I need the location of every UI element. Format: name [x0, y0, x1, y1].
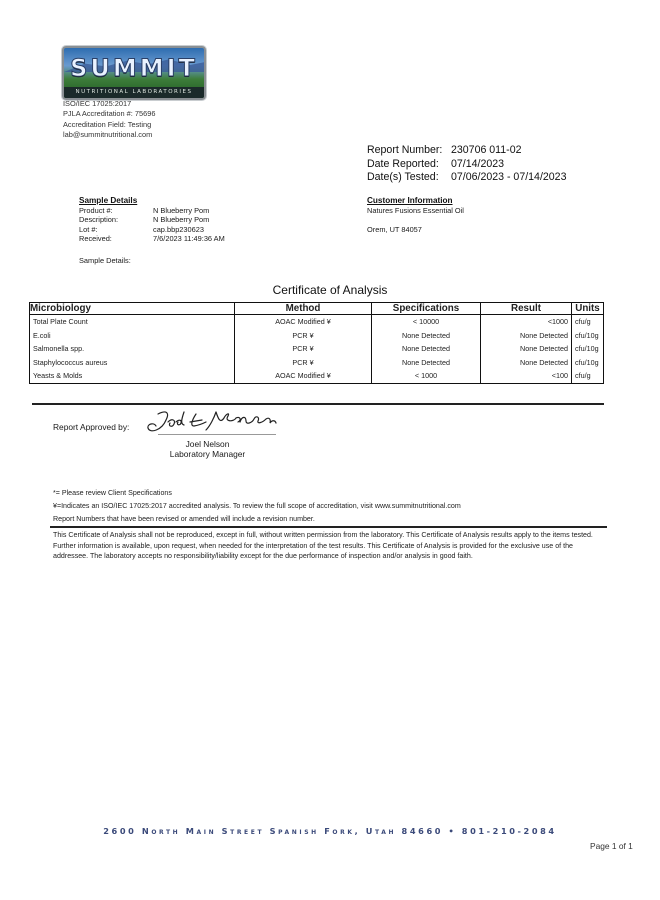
- note-iso-accredited: ¥=Indicates an ISO/IEC 17025:2017 accred…: [53, 500, 461, 513]
- customer-info: Customer Information Natures Fusions Ess…: [367, 196, 464, 234]
- accreditation-field: Accreditation Field: Testing: [63, 120, 155, 130]
- cell-specification: None Detected: [372, 342, 481, 356]
- cell-specification: < 1000: [372, 369, 481, 383]
- lot-value: cap.bbp230623: [153, 225, 204, 235]
- results-table: Microbiology Method Specifications Resul…: [29, 302, 604, 384]
- table-row: Salmonella spp.PCR ¥None DetectedNone De…: [30, 342, 604, 356]
- signature-line: [158, 434, 276, 435]
- page-number: Page 1 of 1: [590, 841, 633, 851]
- col-result: Result: [481, 303, 572, 315]
- report-number: 230706 011-02: [451, 144, 522, 158]
- dates-tested-label: Date(s) Tested:: [367, 171, 451, 185]
- table-row: Total Plate CountAOAC Modified ¥< 10000<…: [30, 315, 604, 329]
- iso-standard: ISO/IEC 17025:2017: [63, 99, 155, 109]
- report-meta: Report Number:230706 011-02 Date Reporte…: [367, 144, 566, 185]
- note-client-specs: *= Please review Client Specifications: [53, 487, 461, 500]
- dates-tested: 07/06/2023 - 07/14/2023: [451, 171, 566, 185]
- cell-specification: < 10000: [372, 315, 481, 329]
- summit-logo: SUMMIT NUTRITIONAL LABORATORIES: [62, 46, 206, 100]
- received-label: Received:: [79, 234, 153, 244]
- cell-analyte: E.coli: [30, 329, 235, 343]
- customer-name: Natures Fusions Essential Oil: [367, 206, 464, 216]
- cell-method: AOAC Modified ¥: [235, 315, 372, 329]
- cell-result: None Detected: [481, 356, 572, 370]
- report-number-label: Report Number:: [367, 144, 451, 158]
- sample-details: Sample Details Product #:N Blueberry Pom…: [79, 196, 225, 266]
- received-value: 7/6/2023 11:49:36 AM: [153, 234, 225, 244]
- table-header-row: Microbiology Method Specifications Resul…: [30, 303, 604, 315]
- cell-method: PCR ¥: [235, 356, 372, 370]
- customer-location: Orem, UT 84057: [367, 225, 464, 235]
- col-microbiology: Microbiology: [30, 303, 235, 315]
- description-label: Description:: [79, 215, 153, 225]
- table-row: Yeasts & MoldsAOAC Modified ¥< 1000<100c…: [30, 369, 604, 383]
- accreditation-info: ISO/IEC 17025:2017 PJLA Accreditation #:…: [63, 99, 155, 140]
- logo-tagline: NUTRITIONAL LABORATORIES: [64, 87, 204, 98]
- lab-email[interactable]: lab@summitnutritional.com: [63, 130, 155, 140]
- notes: *= Please review Client Specifications ¥…: [53, 487, 461, 526]
- logo-wordmark: SUMMIT: [64, 54, 204, 82]
- cell-specification: None Detected: [372, 356, 481, 370]
- date-reported-label: Date Reported:: [367, 158, 451, 172]
- signature-image: [144, 408, 279, 440]
- divider: [32, 403, 604, 405]
- table-row: Staphylococcus aureusPCR ¥None DetectedN…: [30, 356, 604, 370]
- cell-method: PCR ¥: [235, 329, 372, 343]
- divider: [50, 526, 607, 528]
- cell-method: AOAC Modified ¥: [235, 369, 372, 383]
- col-specifications: Specifications: [372, 303, 481, 315]
- signer-title: Laboratory Manager: [160, 449, 255, 459]
- table-row: E.coliPCR ¥None DetectedNone Detectedcfu…: [30, 329, 604, 343]
- cell-specification: None Detected: [372, 329, 481, 343]
- cell-units: cfu/10g: [572, 342, 604, 356]
- signer-block: Joel Nelson Laboratory Manager: [160, 439, 255, 459]
- cell-analyte: Total Plate Count: [30, 315, 235, 329]
- product-value: N Blueberry Pom: [153, 206, 209, 216]
- cell-units: cfu/g: [572, 369, 604, 383]
- col-method: Method: [235, 303, 372, 315]
- pjla-number: PJLA Accreditation #: 75696: [63, 109, 155, 119]
- coa-title: Certificate of Analysis: [0, 283, 660, 297]
- cell-analyte: Yeasts & Molds: [30, 369, 235, 383]
- product-label: Product #:: [79, 206, 153, 216]
- date-reported: 07/14/2023: [451, 158, 504, 172]
- cell-method: PCR ¥: [235, 342, 372, 356]
- customer-info-title: Customer Information: [367, 196, 464, 206]
- cell-result: <1000: [481, 315, 572, 329]
- signer-name: Joel Nelson: [160, 439, 255, 449]
- cell-result: None Detected: [481, 342, 572, 356]
- cell-analyte: Salmonella spp.: [30, 342, 235, 356]
- cell-analyte: Staphylococcus aureus: [30, 356, 235, 370]
- lot-label: Lot #:: [79, 225, 153, 235]
- footer-address: 2600 North Main Street Spanish Fork, Uta…: [0, 826, 660, 836]
- sample-details-extra-label: Sample Details:: [79, 256, 225, 266]
- cell-units: cfu/10g: [572, 329, 604, 343]
- note-revision: Report Numbers that have been revised or…: [53, 513, 461, 526]
- col-units: Units: [572, 303, 604, 315]
- approved-by-label: Report Approved by:: [53, 422, 129, 432]
- cell-units: cfu/g: [572, 315, 604, 329]
- cell-units: cfu/10g: [572, 356, 604, 370]
- sample-details-title: Sample Details: [79, 196, 225, 206]
- disclaimer: This Certificate of Analysis shall not b…: [53, 530, 605, 562]
- cell-result: <100: [481, 369, 572, 383]
- cell-result: None Detected: [481, 329, 572, 343]
- description-value: N Blueberry Pom: [153, 215, 209, 225]
